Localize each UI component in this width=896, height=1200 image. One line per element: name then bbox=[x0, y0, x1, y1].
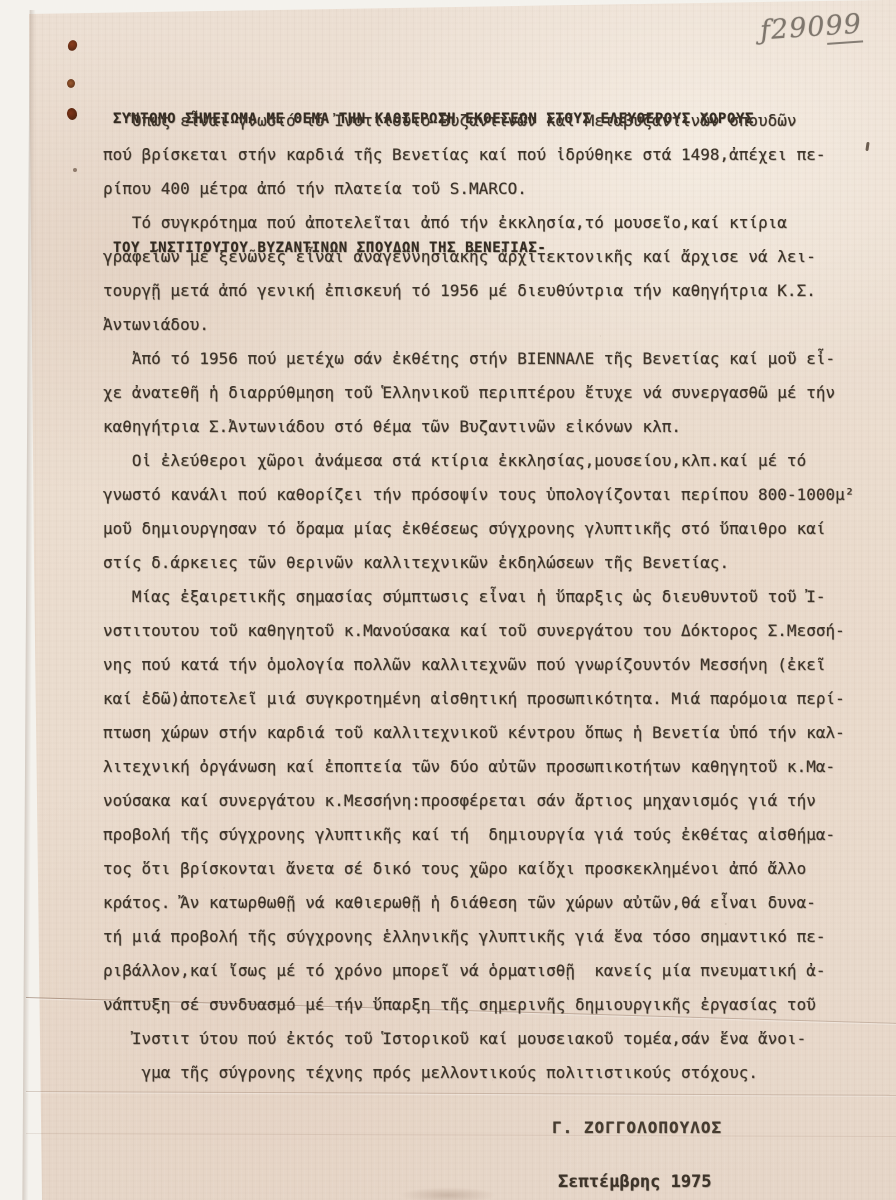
text-line: γραφείων μέ ξενῶνες εἶναι ἀναγεννησιακῆς… bbox=[103, 240, 854, 274]
body-text: Ὅπως εἶναι γνωστό τό Ἰνστιτοῦτο Βυζαντιν… bbox=[103, 104, 854, 1090]
staple-rust-mark bbox=[67, 79, 75, 88]
signature-name: Γ. ΖΟΓΓΟΛΟΠΟΥΛΟΣ bbox=[552, 1118, 722, 1137]
paper-left-edge-shadow bbox=[22, 10, 35, 1200]
text-line: Ἰνστιτ ύτου πού ἐκτός τοῦ Ἱστορικοῦ καί … bbox=[103, 1022, 854, 1056]
text-line: ριβάλλον,καί ἴσως μέ τό χρόνο μπορεῖ νά … bbox=[103, 954, 854, 988]
text-line: τος ὅτι βρίσκονται ἄνετα σέ δικό τους χῶ… bbox=[103, 852, 854, 886]
text-line: πού βρίσκεται στήν καρδιά τῆς Βενετίας κ… bbox=[103, 138, 854, 172]
text-line: Ἀπό τό 1956 πού μετέχω σάν ἐκθέτης στήν … bbox=[103, 342, 854, 376]
text-line: τουργῇ μετά ἀπό γενική ἐπισκευή τό 1956 … bbox=[103, 274, 854, 308]
text-line: καί ἐδῶ)ἀποτελεῖ μιά συγκροτημένη αἰσθητ… bbox=[103, 682, 854, 716]
text-line: νάπτυξη σέ συνδυασμό μέ τήν ὕπαρξη τῆς σ… bbox=[103, 988, 854, 1022]
annotation-number: 99 bbox=[824, 8, 863, 44]
pencil-annotation: ƒ29099 bbox=[759, 8, 863, 46]
text-line: λιτεχνική ὀργάνωση καί ἐποπτεία τῶν δύο … bbox=[103, 750, 854, 784]
text-line: γνωστό κανάλι πού καθορίζει τήν πρόσοψίν… bbox=[103, 478, 854, 512]
text-line: Μίας ἐξαιρετικῆς σημασίας σύμπτωσις εἶνα… bbox=[103, 580, 854, 614]
text-line: κράτος. Ἄν κατωρθωθῇ νά καθιερωθῇ ἡ διάθ… bbox=[103, 886, 854, 920]
text-line: γμα τῆς σύγρονης τέχνης πρός μελλοντικού… bbox=[103, 1056, 854, 1090]
text-line: προβολή τῆς σύγχρονης γλυπτικῆς καί τή δ… bbox=[103, 818, 854, 852]
text-line: Οἱ ἐλεύθεροι χῶροι ἀνάμεσα στά κτίρια ἐκ… bbox=[103, 444, 854, 478]
text-line: νστιτουτου τοῦ καθηγητοῦ κ.Μανούσακα καί… bbox=[103, 614, 854, 648]
text-line: πτωση χώρων στήν καρδιά τοῦ καλλιτεχνικο… bbox=[103, 716, 854, 750]
text-line: Ἀντωνιάδου. bbox=[103, 308, 854, 342]
annotation-prefix: ƒ290 bbox=[759, 11, 827, 46]
text-line: καθηγήτρια Σ.Ἀντωνιάδου στό θέμα τῶν Βυζ… bbox=[103, 410, 854, 444]
text-line: Ὅπως εἶναι γνωστό τό Ἰνστιτοῦτο Βυζαντιν… bbox=[103, 104, 854, 138]
text-line: Τό συγκρότημα πού ἀποτελεῖται ἀπό τήν ἐκ… bbox=[103, 206, 854, 240]
text-line: νούσακα καί συνεργάτου κ.Μεσσήνη:προσφέρ… bbox=[103, 784, 854, 818]
text-line: μοῦ δημιουργησαν τό ὅραμα μίας ἐκθέσεως … bbox=[103, 512, 854, 546]
date-line: Σεπτέμβρης 1975 bbox=[558, 1172, 712, 1192]
text-line: τή μιά προβολή τῆς σύγχρονης ἑλληνικῆς γ… bbox=[103, 920, 854, 954]
text-line: στίς δ.άρκειες τῶν θερινῶν καλλιτεχνικῶν… bbox=[103, 546, 854, 580]
text-line: ρίπου 400 μέτρα ἀπό τήν πλατεία τοῦ S.MA… bbox=[103, 172, 854, 206]
staple-rust-mark bbox=[73, 168, 77, 172]
text-line: νης πού κατά τήν ὁμολογία πολλῶν καλλιτε… bbox=[103, 648, 854, 682]
text-line: χε ἀνατεθῆ ἡ διαρρύθμηση τοῦ Ἑλληνικοῦ π… bbox=[103, 376, 854, 410]
